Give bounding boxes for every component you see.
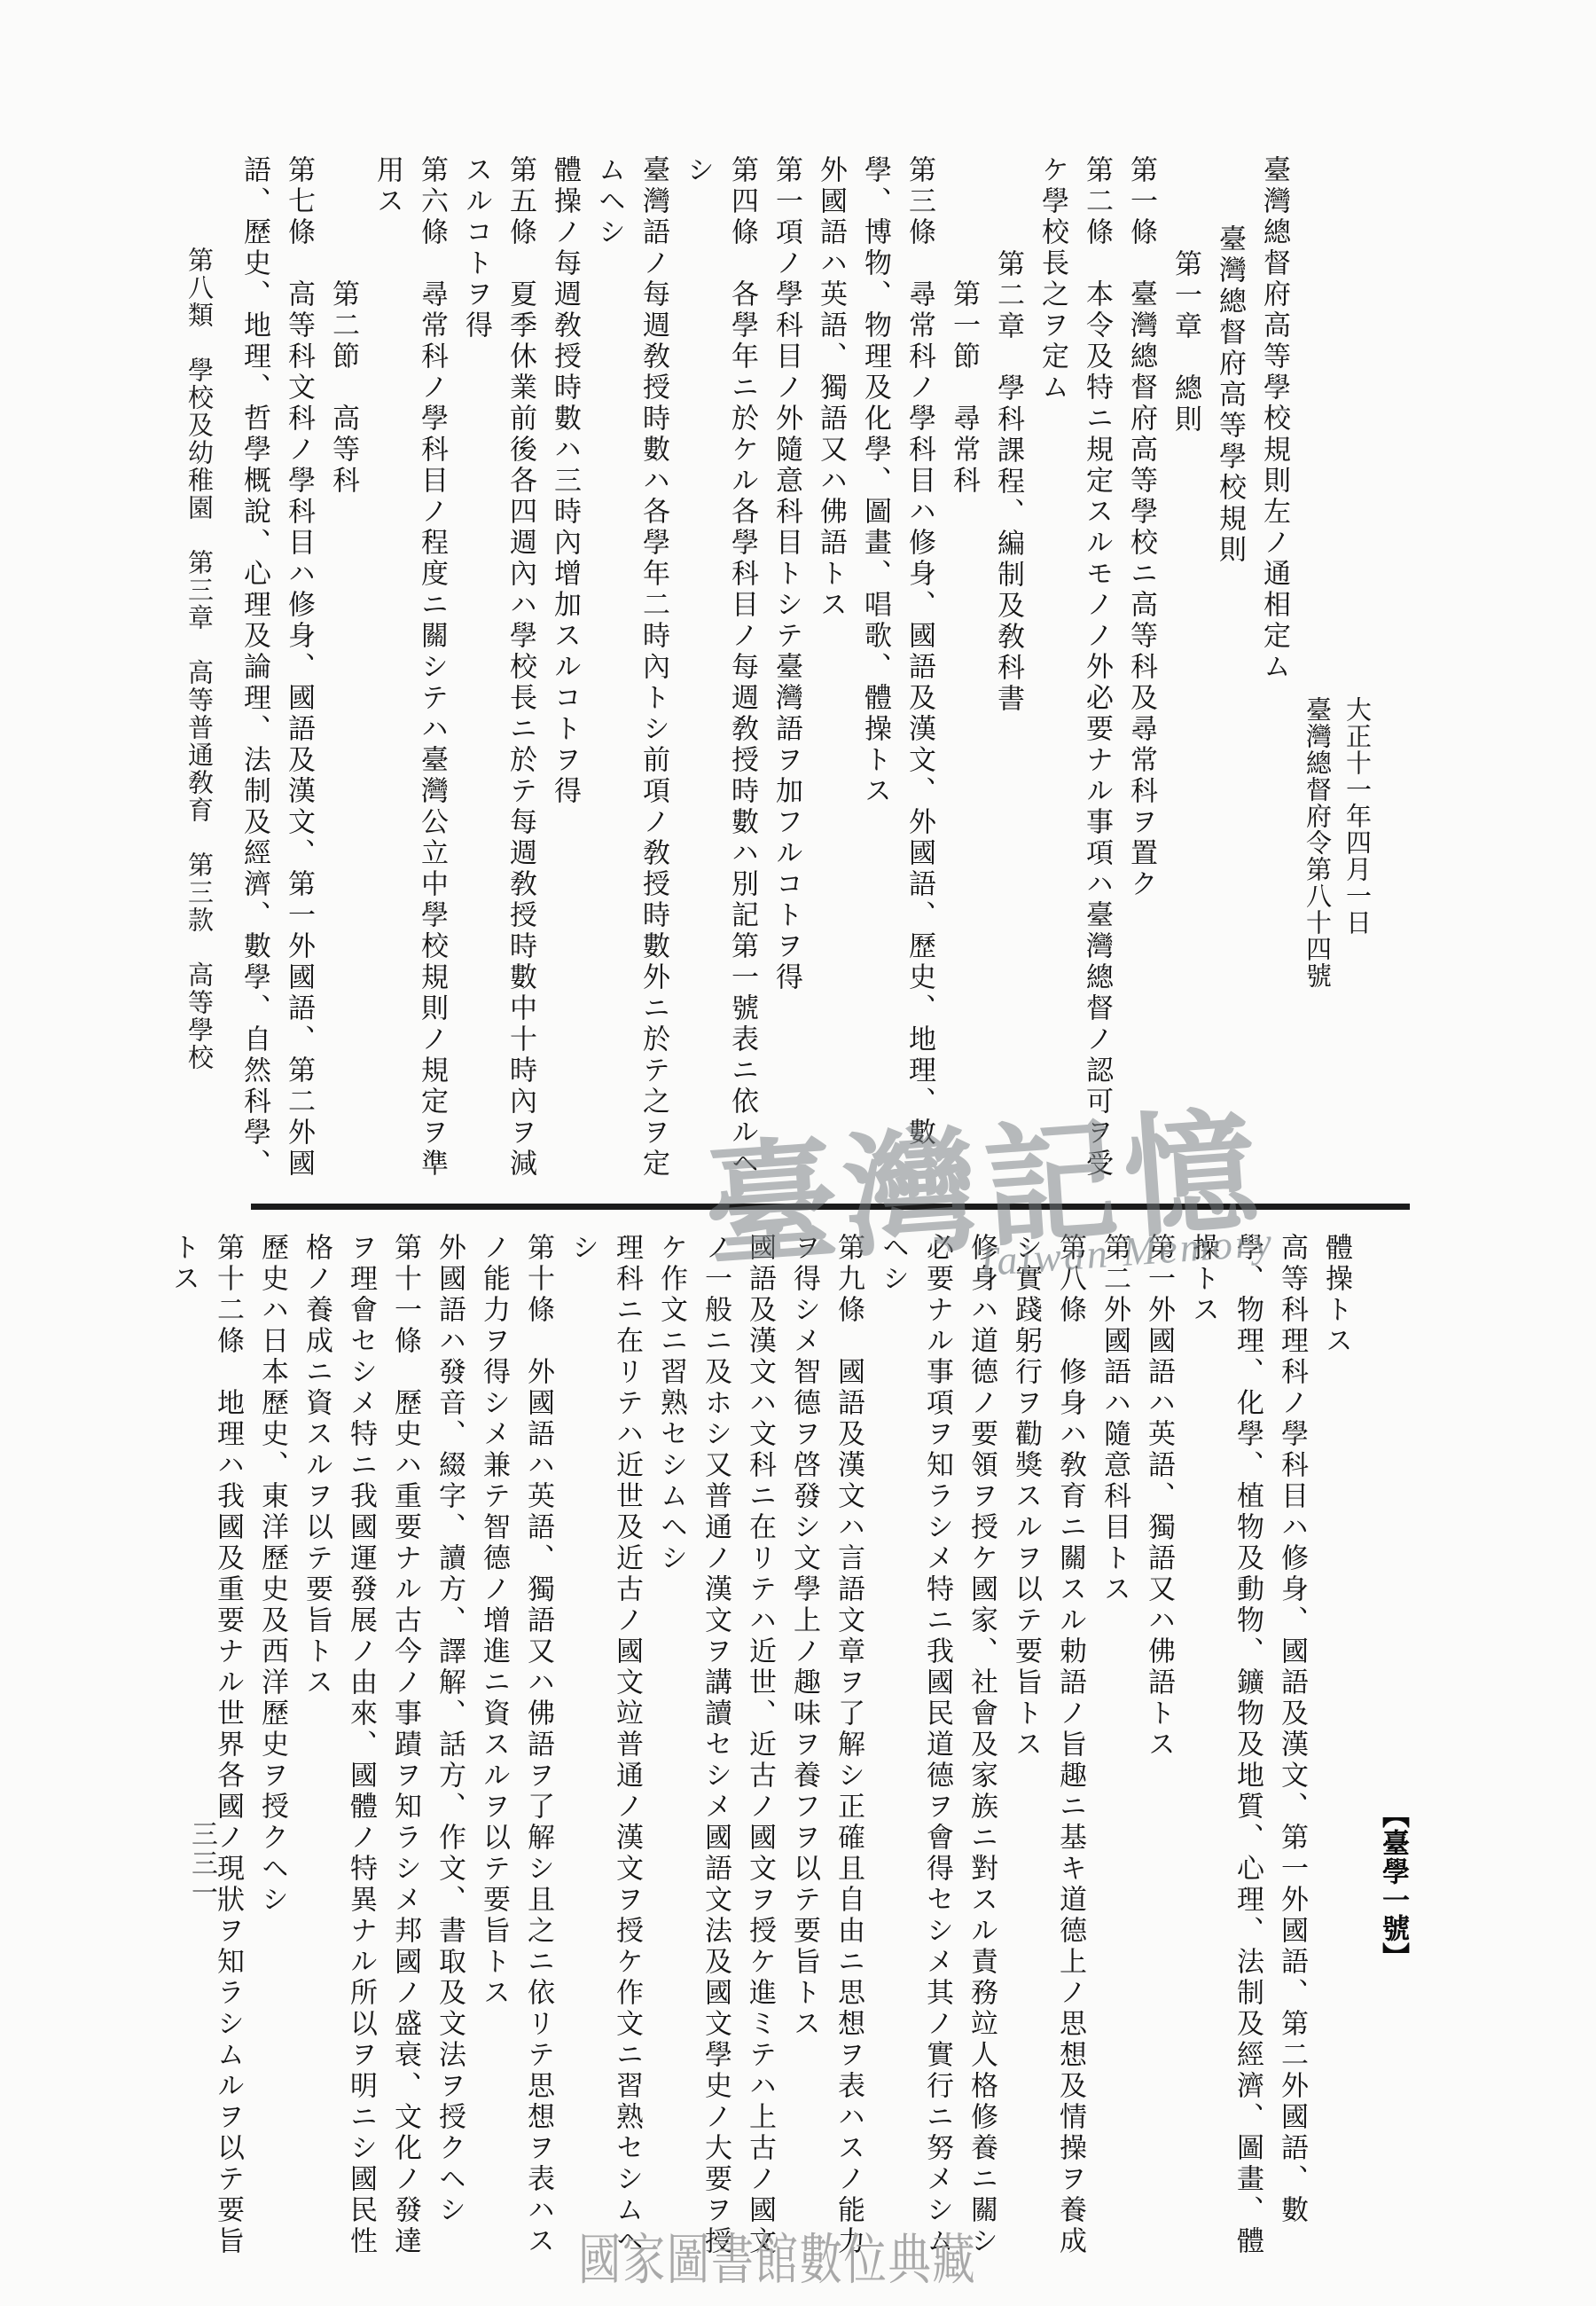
article-10: 第十條 外國語ハ英語、獨語又ハ佛語ヲ了解シ且之ニ依リテ思想ヲ表ハスノ能力ヲ得シメ… [472, 1233, 560, 2275]
archive-caption: 國家圖書館數位典藏 [578, 2216, 976, 2294]
article-9-paragraph-2: 國語及漢文ハ文科ニ在リテハ近世、近古ノ國文ヲ授ケ進ミテハ上古ノ國文ノ一般ニ及ホシ… [649, 1233, 782, 2275]
volume-marker: 【臺學一號】 [1373, 1800, 1413, 1971]
article-3: 第三條 尋常科ノ學科目ハ修身、國語及漢文、外國語、歷史、地理、數學、博物、物理及… [853, 155, 942, 1206]
article-8: 第八條 修身ハ敎育ニ關スル勅語ノ旨趣ニ基キ道德上ノ思想及情操ヲ養成シ實踐躬行ヲ勸… [1004, 1233, 1092, 2275]
article-11: 第十一條 歷史ハ重要ナル古今ノ事蹟ヲ知ラシメ邦國ノ盛衰、文化ノ發達ヲ理會セシメ特… [294, 1233, 427, 2275]
article-7: 第七條 高等科文科ノ學科目ハ修身、國語及漢文、第一外國語、第二外國語、歷史、地理… [232, 155, 321, 1206]
tier-divider-rule [251, 1204, 1410, 1210]
decree-date: 大正十一年四月一日 [1342, 696, 1371, 936]
article-7-paragraph-3: 第一外國語ハ英語、獨語又ハ佛語トス [1137, 1233, 1181, 2275]
article-7-paragraph-4: 第二外國語ハ隨意科目トス [1092, 1233, 1137, 2275]
article-4: 第四條 各學年ニ於ケル各學科目ノ每週敎授時數ハ別記第一號表ニ依ルヘシ [676, 155, 764, 1206]
decree-date-block: 大正十一年四月一日臺灣總督府令第八十四號 [1296, 155, 1376, 1206]
article-3-paragraph-3: 第一項ノ學科目ノ外隨意科目トシテ臺灣語ヲ加フルコトヲ得 [764, 155, 809, 1206]
article-4-paragraph-2: 臺灣語ノ每週敎授時數ハ各學年二時內トシ前項ノ敎授時數外ニ於テ之ヲ定ムヘシ [587, 155, 676, 1206]
article-2: 第二條 本令及特ニ規定スルモノノ外必要ナル事項ハ臺灣總督ノ認可ヲ受ケ學校長之ヲ定… [1030, 155, 1119, 1206]
top-text-tier: 大正十一年四月一日臺灣總督府令第八十四號臺灣總督府高等學校規則左ノ通相定ム臺灣總… [232, 155, 1376, 1206]
margin-classification-note: 第八類 學校及幼稚園 第三章 高等普通敎育 第三款 高等學校 [181, 247, 217, 1071]
regulation-title: 臺灣總督府高等學校規則 [1208, 155, 1252, 1206]
decree-number: 臺灣總督府令第八十四號 [1303, 696, 1331, 989]
article-9: 第九條 國語及漢文ハ言語文章ヲ了解シ正確且自由ニ思想ヲ表ハスノ能力ヲ得シメ智德ヲ… [782, 1233, 871, 2275]
article-5: 第五條 夏季休業前後各四週內ハ學校長ニ於テ每週敎授時數中十時內ヲ減スルコトヲ得 [454, 155, 543, 1206]
article-3-paragraph-2: 外國語ハ英語、獨語又ハ佛語トス [809, 155, 853, 1206]
article-4-paragraph-3: 體操ノ每週敎授時數ハ三時內增加スルコトヲ得 [543, 155, 587, 1206]
article-6: 第六條 尋常科ノ學科目ノ程度ニ關シテハ臺灣公立中學校規則ノ規定ヲ準用ス [365, 155, 454, 1206]
chapter-2-heading: 第二章 學科課程、編制及敎科書 [986, 155, 1030, 1206]
article-8-paragraph-2: 修身ハ道德ノ要領ヲ授ケ國家、社會及家族ニ對スル責務竝人格修養ニ關シ必要ナル事項ヲ… [871, 1233, 1004, 2275]
article-7-paragraph-2: 高等科理科ノ學科目ハ修身、國語及漢文、第一外國語、第二外國語、數學、物理、化學、… [1181, 1233, 1314, 2275]
section-2-heading: 第二節 高等科 [321, 155, 365, 1206]
article-12: 第十二條 地理ハ我國及重要ナル世界各國ノ現狀ヲ知ラシムルヲ以テ要旨トス [161, 1233, 250, 2275]
bottom-text-tier: 體操トス高等科理科ノ學科目ハ修身、國語及漢文、第一外國語、第二外國語、數學、物理… [161, 1233, 1358, 2275]
article-7-continuation: 體操トス [1314, 1233, 1358, 2275]
chapter-1-heading: 第一章 總則 [1163, 155, 1208, 1206]
article-10-paragraph-2: 外國語ハ發音、綴字、讀方、譯解、話方、作文、書取及文法ヲ授クヘシ [427, 1233, 472, 2275]
article-11-paragraph-2: 歷史ハ日本歷史、東洋歷史及西洋歷史ヲ授クヘシ [250, 1233, 294, 2275]
section-1-heading: 第一節 尋常科 [942, 155, 986, 1206]
page-number: 三三一 [182, 1820, 221, 1908]
promulgation-sentence: 臺灣總督府高等學校規則左ノ通相定ム [1252, 155, 1296, 1206]
scanned-page: { "page": { "number": "三三一", "archive_ca… [0, 0, 1596, 2306]
article-9-paragraph-3: 理科ニ在リテハ近世及近古ノ國文竝普通ノ漢文ヲ授ケ作文ニ習熟セシムヘシ [560, 1233, 649, 2275]
article-1: 第一條 臺灣總督府高等學校ニ高等科及尋常科ヲ置ク [1119, 155, 1163, 1206]
